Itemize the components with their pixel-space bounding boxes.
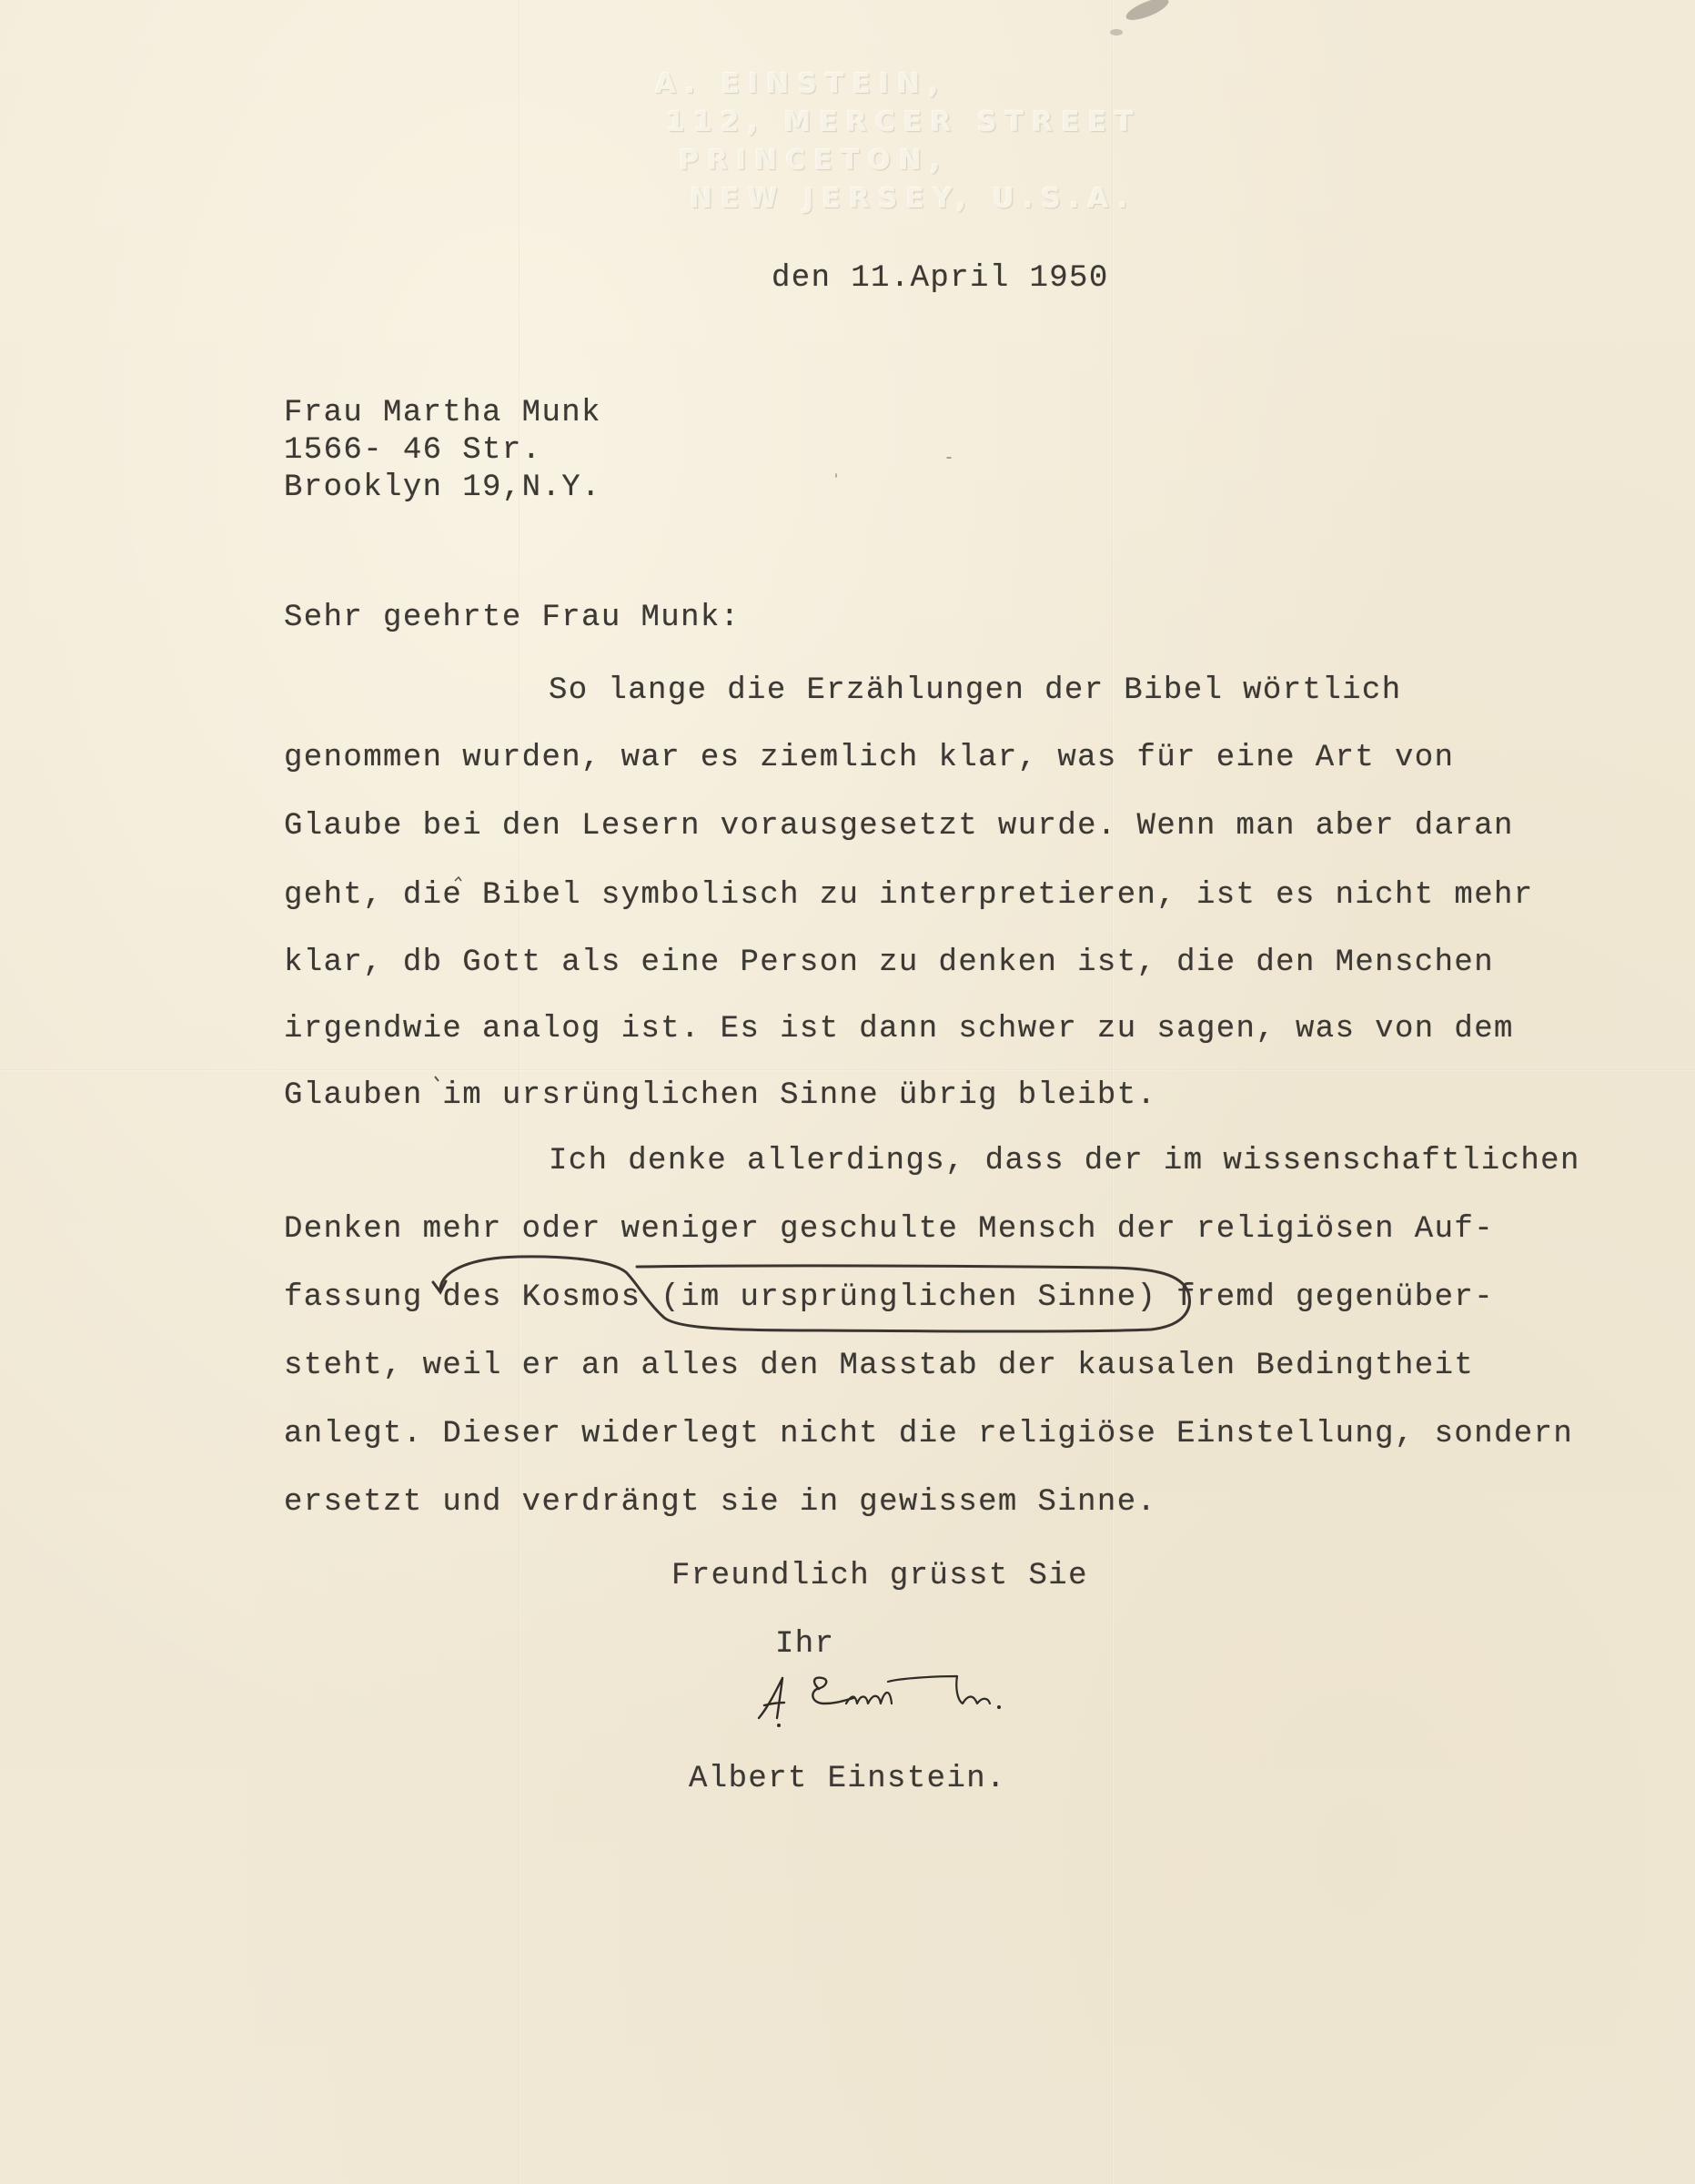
letterhead-line-name: A. EINSTEIN, bbox=[655, 66, 1142, 104]
body-line: steht, weil er an alles den Masstab der … bbox=[284, 1348, 1474, 1384]
ink-speck bbox=[835, 473, 837, 478]
letter-date: den 11.April 1950 bbox=[772, 260, 1109, 297]
recipient-city: Brooklyn 19,N.Y. bbox=[284, 470, 601, 506]
body-line: genommen wurden, war es ziemlich klar, w… bbox=[284, 740, 1454, 776]
recipient-name: Frau Martha Munk bbox=[284, 395, 601, 431]
body-line: Glauben im ursrünglichen Sinne übrig ble… bbox=[284, 1077, 1156, 1114]
body-line: klar, db Gott als eine Person zu denken … bbox=[284, 945, 1494, 981]
body-line: anlegt. Dieser widerlegt nicht die relig… bbox=[284, 1416, 1573, 1452]
body-line: geht, die Bibel symbolisch zu interpreti… bbox=[284, 877, 1534, 914]
body-line: So lange die Erzählungen der Bibel wörtl… bbox=[549, 672, 1402, 709]
ink-speck bbox=[1110, 29, 1123, 35]
body-line: fassung des Kosmos (im ursprünglichen Si… bbox=[284, 1279, 1494, 1316]
letterhead-line-city: PRINCETON, bbox=[679, 142, 1142, 180]
paper-fold-horizontal bbox=[0, 1069, 1695, 1071]
body-line: ersetzt und verdrängt sie in gewissem Si… bbox=[284, 1484, 1156, 1521]
body-line: Glaube bei den Lesern vorausgesetzt wurd… bbox=[284, 808, 1514, 844]
typed-signature-name: Albert Einstein. bbox=[689, 1761, 1006, 1797]
handwritten-signature: A. Einstein. bbox=[755, 1673, 1001, 1729]
letterhead-line-state: NEW JERSEY, U.S.A. bbox=[690, 180, 1142, 218]
recipient-street: 1566- 46 Str. bbox=[284, 432, 541, 469]
letterhead-line-street: 112, MERCER STREET bbox=[666, 104, 1142, 142]
body-line: Ich denke allerdings, dass der im wissen… bbox=[549, 1143, 1580, 1179]
embossed-letterhead: A. EINSTEIN, 112, MERCER STREET PRINCETO… bbox=[655, 66, 1142, 218]
salutation: Sehr geehrte Frau Munk: bbox=[284, 600, 740, 636]
closing-phrase: Freundlich grüsst Sie bbox=[671, 1558, 1088, 1594]
body-line: irgendwie analog ist. Es ist dann schwer… bbox=[284, 1011, 1514, 1047]
ink-smudge bbox=[1124, 0, 1171, 25]
closing-pronoun: Ihr bbox=[775, 1626, 834, 1663]
ink-speck bbox=[946, 457, 952, 459]
body-line: Denken mehr oder weniger geschulte Mensc… bbox=[284, 1211, 1494, 1248]
